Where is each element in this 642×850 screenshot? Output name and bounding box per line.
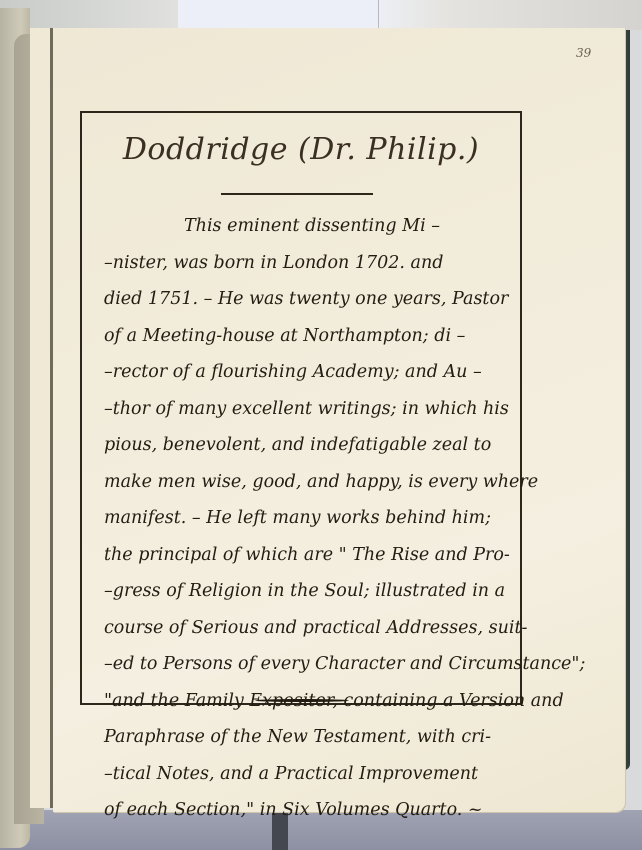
text-line: died 1751. – He was twenty one years, Pa… [104, 281, 504, 318]
text-line: of a Meeting-house at Northampton; di – [104, 318, 504, 355]
backdrop-card [178, 0, 379, 30]
gutter-line [50, 28, 53, 808]
text-line: of each Section," in Six Volumes Quarto.… [104, 792, 504, 829]
left-page-strip [30, 28, 52, 808]
text-line: –nister, was born in London 1702. and [104, 245, 504, 282]
text-line: –rector of a flourishing Academy; and Au… [104, 354, 504, 391]
text-line: course of Serious and practical Addresse… [104, 610, 504, 647]
text-line: –tical Notes, and a Practical Improvemen… [104, 756, 504, 793]
entry-title: Doddridge (Dr. Philip.) [80, 132, 522, 167]
entry-text: This eminent dissenting Mi – –nister, wa… [104, 208, 504, 829]
page-number: 39 [576, 46, 591, 60]
text-line: This eminent dissenting Mi – [104, 208, 504, 245]
text-line: the principal of which are " The Rise an… [104, 537, 504, 574]
end-flourish-rule [255, 699, 349, 702]
text-line: pious, benevolent, and indefatigable zea… [104, 427, 504, 464]
text-line: Paraphrase of the New Testament, with cr… [104, 719, 504, 756]
text-line: –gress of Religion in the Soul; illustra… [104, 573, 504, 610]
text-line: –ed to Persons of every Character and Ci… [104, 646, 504, 683]
title-rule [221, 193, 373, 195]
text-line: –thor of many excellent writings; in whi… [104, 391, 504, 428]
text-line: make men wise, good, and happy, is every… [104, 464, 504, 501]
text-line: manifest. – He left many works behind hi… [104, 500, 504, 537]
